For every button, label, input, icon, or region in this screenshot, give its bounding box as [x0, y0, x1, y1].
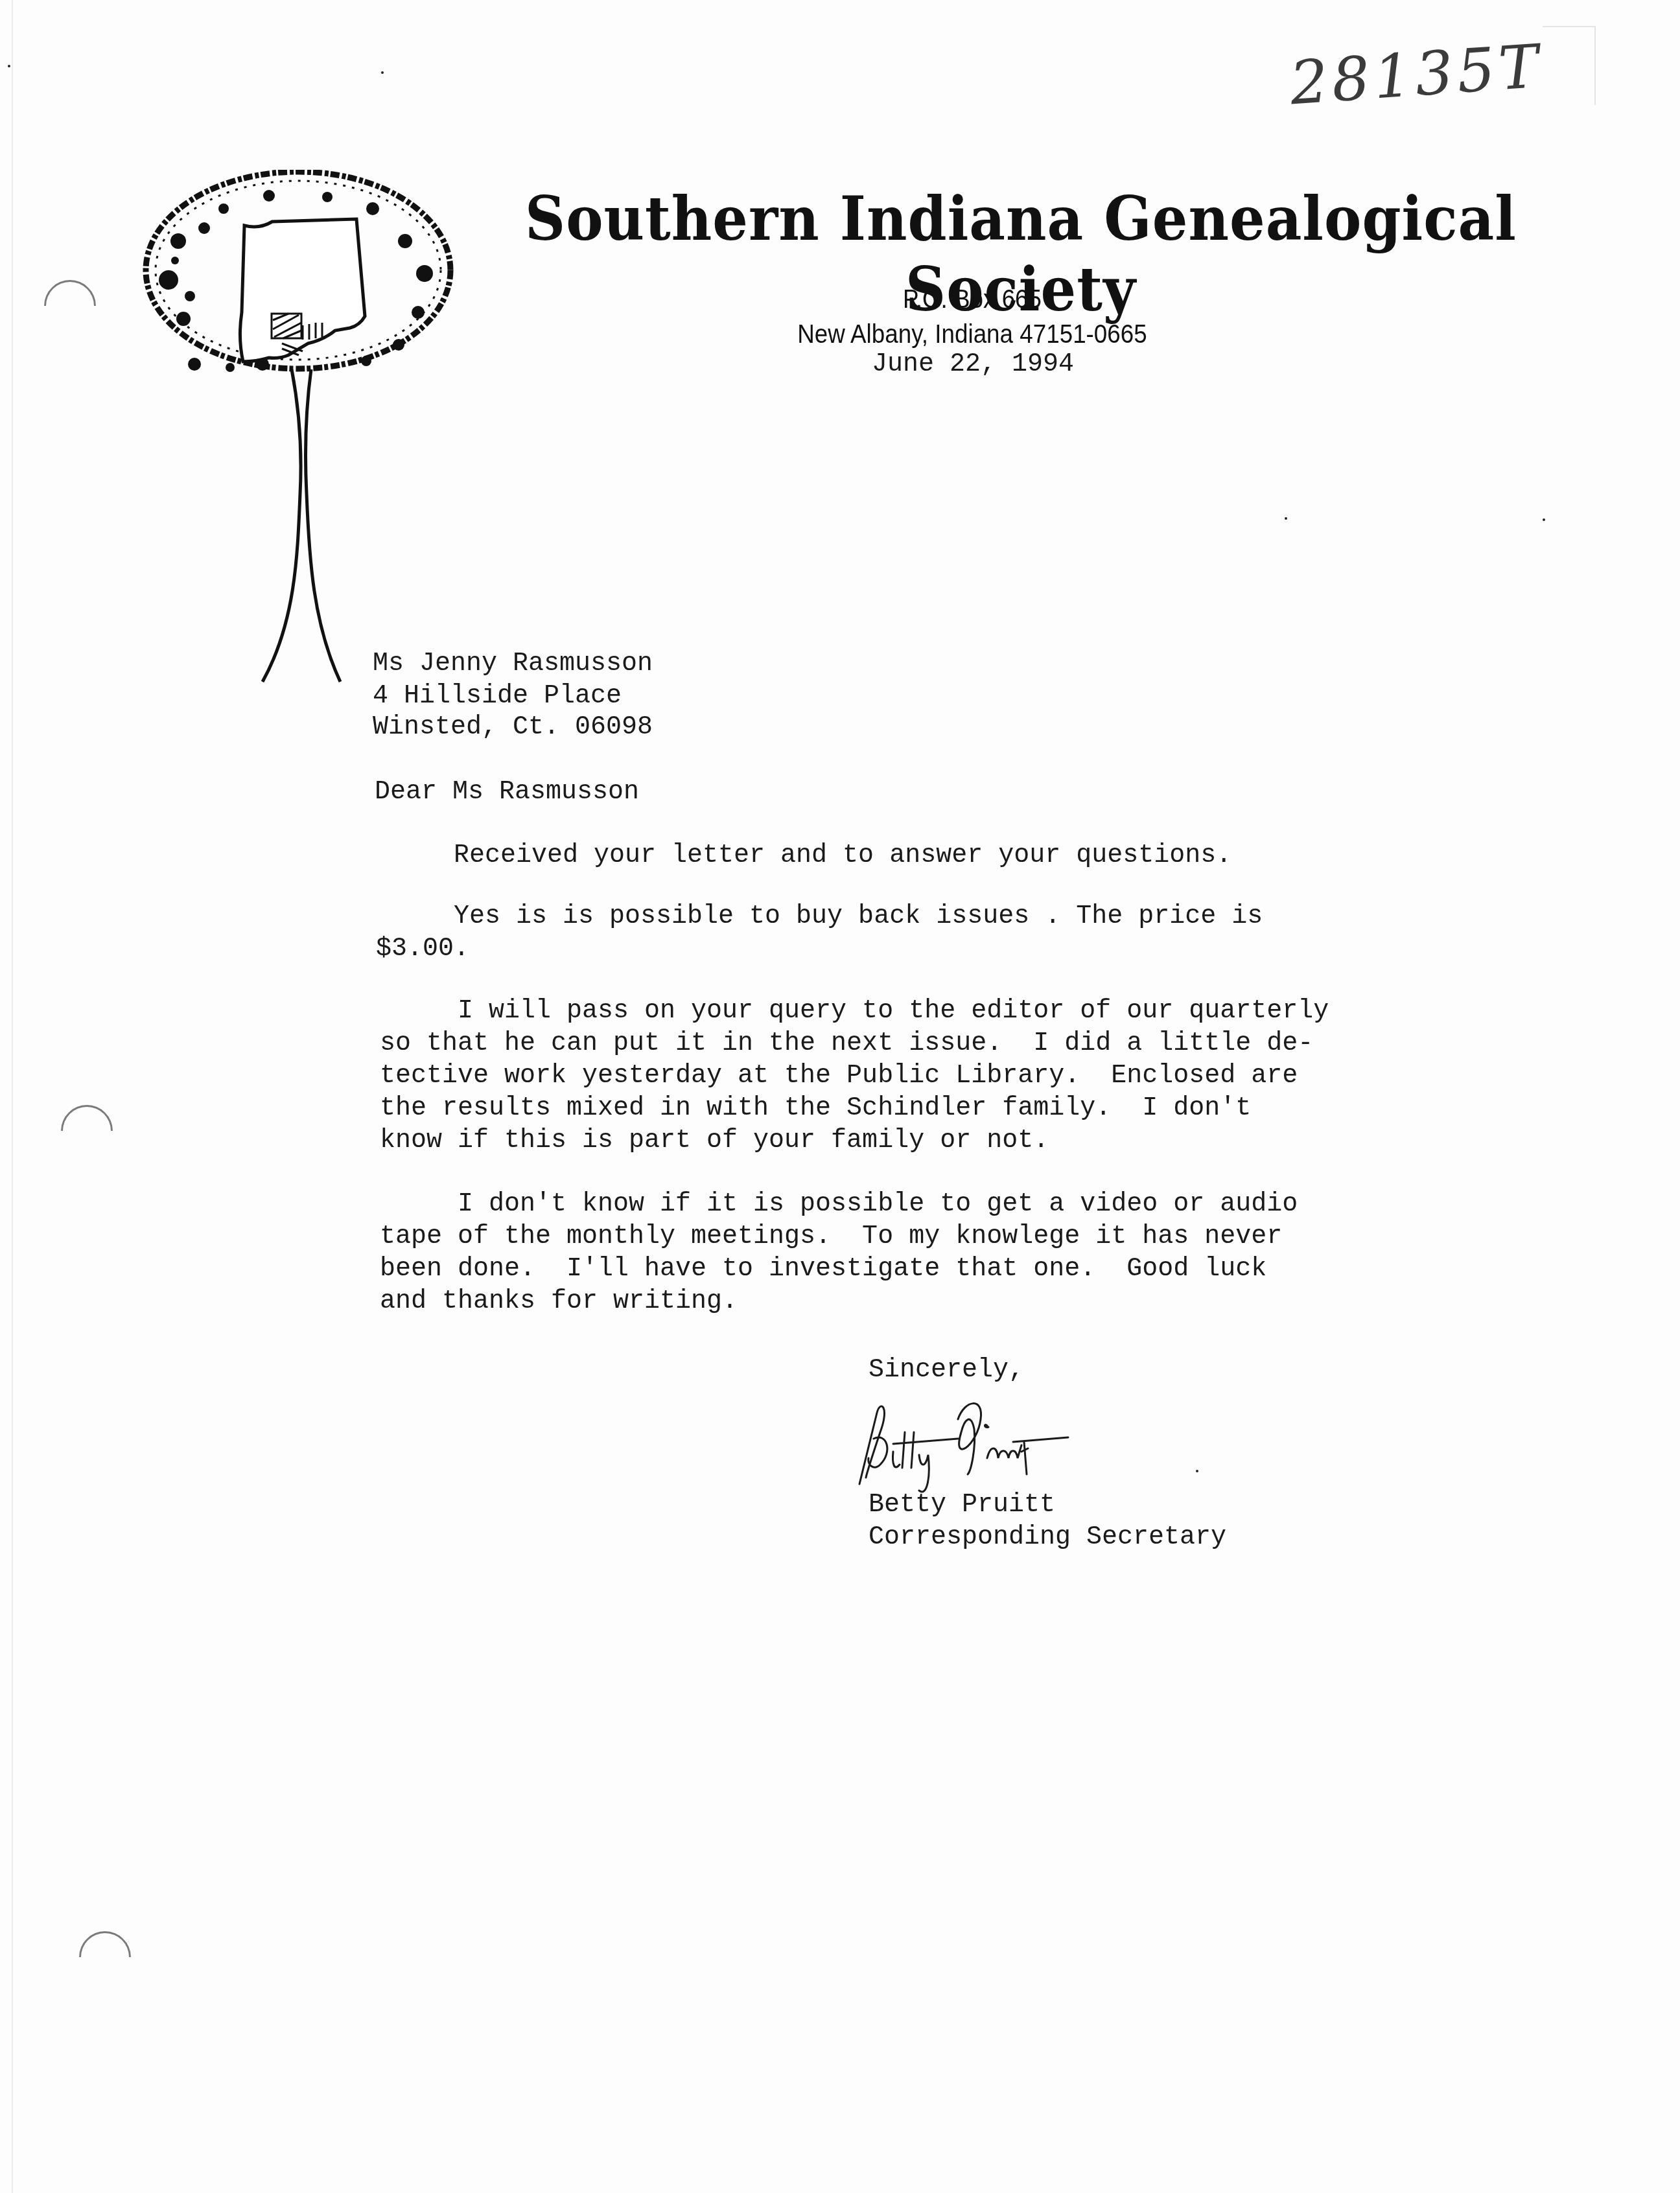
punch-hole-icon [33, 269, 106, 342]
recipient-name: Ms Jenny Rasmusson [373, 649, 653, 679]
letterhead-city: New Albany, Indiana 47151-0665 [734, 320, 1211, 349]
tree-with-indiana-map-icon [133, 170, 470, 695]
body-line: Yes is is possible to buy back issues . … [376, 902, 1263, 931]
scan-speck [1285, 517, 1287, 520]
letter-page: 28135T Southern Indiana Genealogical [0, 0, 1680, 2193]
body-line: I will pass on your query to the editor … [380, 997, 1329, 1026]
body-line: $3.00. [376, 934, 469, 964]
body-line: and thanks for writing. [380, 1287, 738, 1316]
body-line: tape of the monthly meetings. To my know… [380, 1222, 1282, 1251]
faint-stamp [1543, 26, 1596, 105]
body-line: know if this is part of your family or n… [380, 1126, 1049, 1155]
body-line: the results mixed in with the Schindler … [380, 1094, 1251, 1123]
body-line: so that he can put it in the next issue.… [380, 1029, 1313, 1058]
body-line: been done. I'll have to investigate that… [380, 1255, 1266, 1284]
body-line: I don't know if it is possible to get a … [380, 1190, 1298, 1219]
recipient-street: 4 Hillside Place [373, 682, 622, 711]
letterhead-po-box: P.O. Box 665 [734, 285, 1211, 314]
signature-icon [854, 1393, 1178, 1497]
signer-title: Corresponding Secretary [869, 1523, 1226, 1552]
scan-speck [8, 65, 10, 67]
recipient-city: Winsted, Ct. 06098 [373, 713, 653, 742]
scan-speck [1543, 518, 1545, 521]
body-line: Received your letter and to answer your … [376, 841, 1231, 870]
letter-date: June 22, 1994 [872, 350, 1074, 379]
scan-speck [1196, 1470, 1198, 1472]
scan-speck [381, 71, 384, 74]
signer-name: Betty Pruitt [869, 1491, 1055, 1520]
handwritten-reference-number: 28135T [1288, 32, 1545, 119]
punch-hole-icon [68, 1920, 141, 1993]
body-line: tective work yesterday at the Public Lib… [380, 1062, 1298, 1091]
punch-hole-icon [50, 1094, 123, 1167]
scan-edge [12, 0, 13, 2193]
salutation: Dear Ms Rasmusson [375, 778, 639, 807]
closing: Sincerely, [869, 1356, 1024, 1385]
